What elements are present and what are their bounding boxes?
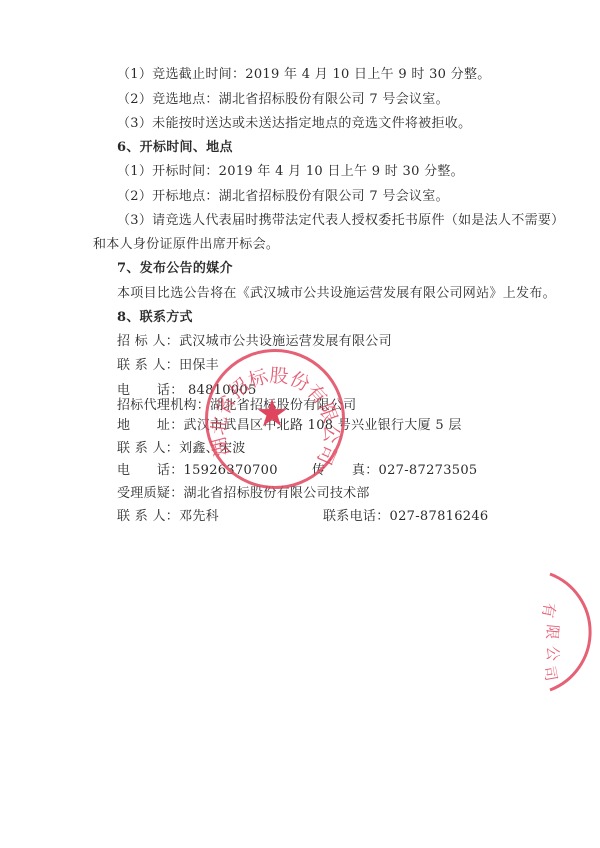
svg-text:有: 有 xyxy=(538,601,558,619)
address-label: 地 址： xyxy=(117,418,184,433)
svg-text:公: 公 xyxy=(544,646,562,661)
bid-location-line: （2）竞选地点：湖北省招标股份有限公司 7 号会议室。 xyxy=(117,92,449,108)
query-contact-row: 联 系 人：邓先科 xyxy=(117,509,219,525)
section-7-heading: 7、发布公告的媒介 xyxy=(117,261,233,277)
query-phone-label: 联系电话： xyxy=(323,509,390,524)
company-seal: 湖北省招标股份有限公司 ★ xyxy=(205,349,345,489)
query-contact-value: 邓先科 xyxy=(179,509,219,524)
query-label: 受理质疑： xyxy=(117,486,184,501)
late-rejection-line: （3）未能按时送达或未送达指定地点的竞选文件将被拒收。 xyxy=(117,116,471,132)
star-icon: ★ xyxy=(255,394,289,432)
partial-seal: 有 限 公 司 xyxy=(490,572,600,692)
partial-seal-arc: 有 限 公 司 xyxy=(490,572,600,692)
tenderer-label: 招 标 人： xyxy=(117,334,179,349)
agency-contact-label: 联 系 人： xyxy=(117,441,179,456)
section-6-heading: 6、开标时间、地点 xyxy=(117,140,233,156)
tenderer-value: 武汉城市公共设施运营发展有限公司 xyxy=(179,334,392,349)
query-phone-row: 联系电话：027-87816246 xyxy=(323,509,489,525)
publication-media-line: 本项目比选公告将在《武汉城市公共设施运营发展有限公司网站》上发布。 xyxy=(117,286,556,302)
agency-phone-label: 电 话： xyxy=(117,463,184,478)
contact-label: 联 系 人： xyxy=(117,358,179,373)
tenderer-row: 招 标 人：武汉城市公共设施运营发展有限公司 xyxy=(117,334,392,350)
attendance-line-1: （3）请竞选人代表届时携带法定代表人授权委托书原件（如是法人不需要） xyxy=(117,213,564,229)
query-phone-value: 027-87816246 xyxy=(390,509,489,524)
section-8-heading: 8、联系方式 xyxy=(117,310,193,326)
opening-time-line: （1）开标时间：2019 年 4 月 10 日上午 9 时 30 分整。 xyxy=(117,164,464,180)
agency-label: 招标代理机构： xyxy=(117,398,210,413)
tenderer-contact-row: 联 系 人：田保丰 xyxy=(117,358,219,374)
svg-text:司: 司 xyxy=(540,665,560,683)
fax-value: 027-87273505 xyxy=(379,463,478,478)
phone-label: 电 话： xyxy=(117,383,184,398)
query-contact-label: 联 系 人： xyxy=(117,509,179,524)
svg-text:限: 限 xyxy=(543,624,562,641)
opening-location-line: （2）开标地点：湖北省招标股份有限公司 7 号会议室。 xyxy=(117,189,449,205)
bid-deadline-line: （1）竞选截止时间：2019 年 4 月 10 日上午 9 时 30 分整。 xyxy=(117,67,491,83)
attendance-line-2: 和本人身份证原件出席开标会。 xyxy=(93,237,279,253)
